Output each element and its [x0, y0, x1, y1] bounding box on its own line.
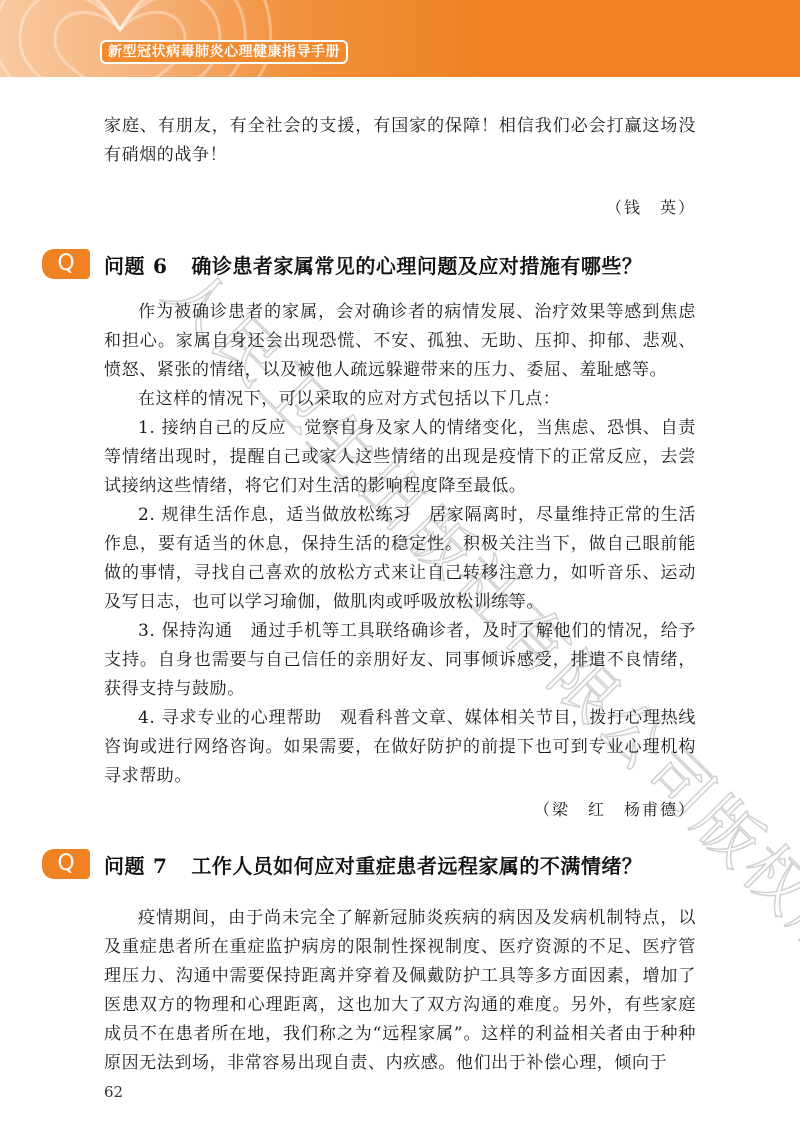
- page-number: 62: [104, 1083, 123, 1101]
- question-number: 7: [153, 854, 167, 878]
- q-badge-icon: Q: [42, 249, 90, 279]
- question-word: 问题: [104, 854, 145, 878]
- answer-paragraph: 疫情期间，由于尚未完全了解新冠肺炎疾病的病因及发病机制特点，以及重症患者所在重症…: [104, 904, 696, 1078]
- question-label: 问题6确诊患者家属常见的心理问题及应对措施有哪些？: [104, 250, 642, 279]
- question-number: 6: [153, 254, 167, 278]
- q-badge-icon: Q: [42, 849, 90, 879]
- continued-paragraph: 家庭、有朋友，有全社会的支援，有国家的保障！相信我们必会打赢这场没有硝烟的战争！: [104, 112, 696, 170]
- answer-paragraph: 2. 规律生活作息，适当做放松练习 居家隔离时，尽量维持正常的生活作息，要有适当…: [104, 501, 696, 617]
- heart-pattern-icon: [0, 0, 300, 77]
- question-heading-6: Q 问题6确诊患者家属常见的心理问题及应对措施有哪些？: [42, 247, 642, 281]
- question-word: 问题: [104, 254, 145, 278]
- book-header-banner: 新型冠状病毒肺炎心理健康指导手册: [0, 0, 800, 77]
- question-title: 确诊患者家属常见的心理问题及应对措施有哪些？: [191, 254, 642, 278]
- book-title: 新型冠状病毒肺炎心理健康指导手册: [100, 40, 348, 64]
- question-title: 工作人员如何应对重症患者远程家属的不满情绪？: [191, 854, 642, 878]
- answer-paragraph: 在这样的情况下，可以采取的应对方式包括以下几点：: [104, 385, 696, 414]
- answer-paragraph: 作为被确诊患者的家属，会对确诊者的病情发展、治疗效果等感到焦虑和担心。家属自身还…: [104, 298, 696, 385]
- author-signature: （钱 英）: [606, 195, 696, 218]
- answer-paragraph: 1. 接纳自己的反应 觉察自身及家人的情绪变化，当焦虑、恐惧、自责等情绪出现时，…: [104, 414, 696, 501]
- answer-paragraph: 4. 寻求专业的心理帮助 观看科普文章、媒体相关节目，拨打心理热线咨询或进行网络…: [104, 704, 696, 791]
- question-heading-7: Q 问题7工作人员如何应对重症患者远程家属的不满情绪？: [42, 847, 642, 881]
- answer-paragraph: 3. 保持沟通 通过手机等工具联络确诊者，及时了解他们的情况，给予支持。自身也需…: [104, 617, 696, 704]
- question-label: 问题7工作人员如何应对重症患者远程家属的不满情绪？: [104, 850, 642, 879]
- author-signature: （梁 红 杨甫德）: [534, 797, 696, 820]
